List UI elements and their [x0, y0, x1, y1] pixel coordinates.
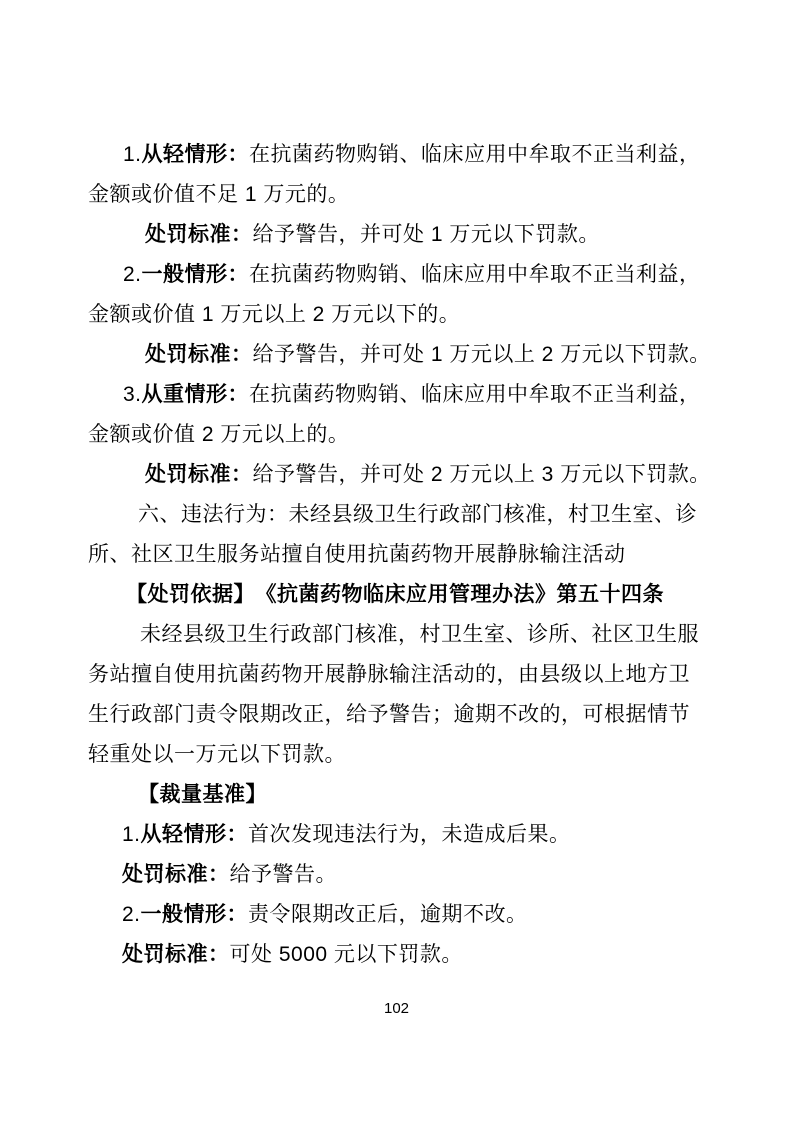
text-line: 1.从轻情形：首次发现违法行为，未造成后果。: [88, 815, 728, 855]
bold-text-run: 处罚标准：: [145, 463, 253, 486]
bold-text-run: 处罚标准：: [145, 223, 253, 246]
text-line: 轻重处以一万元以下罚款。: [88, 735, 728, 775]
text-run: 3.: [123, 383, 142, 406]
text-run: 在抗菌药物购销、临床应用中牟取不正当利益，: [249, 143, 701, 166]
text-run: 2.: [123, 263, 142, 286]
bold-text-run: 【处罚依据】: [126, 583, 245, 606]
document-page: 1.从轻情形：在抗菌药物购销、临床应用中牟取不正当利益，金额或价值不足 1 万元…: [0, 0, 793, 1122]
bold-text-run: 一般情形：: [141, 903, 249, 926]
text-run: 未经县级卫生行政部门核准，村卫生室、诊所、社区卫生服: [140, 623, 699, 646]
bold-text-run: 从轻情形：: [141, 823, 249, 846]
bold-text-run: 处罚标准：: [145, 343, 253, 366]
text-line: 处罚标准：给予警告，并可处 2 万元以上 3 万元以下罚款。: [88, 455, 728, 495]
text-run: 金额或价值 2 万元以上的。: [88, 423, 349, 446]
text-run: 在抗菌药物购销、临床应用中牟取不正当利益，: [249, 383, 701, 406]
text-line: 【处罚依据】 《抗菌药物临床应用管理办法》第五十四条: [88, 575, 728, 615]
text-line: 金额或价值不足 1 万元的。: [88, 175, 728, 215]
bold-text-run: 从重情形：: [142, 383, 250, 406]
text-run: 责令限期改正后，逾期不改。: [248, 903, 528, 926]
text-run: 金额或价值 1 万元以上 2 万元以下的。: [88, 303, 460, 326]
text-run: 给予警告。: [230, 863, 338, 886]
text-run: 首次发现违法行为，未造成后果。: [248, 823, 571, 846]
text-line: 2.一般情形：在抗菌药物购销、临床应用中牟取不正当利益，: [88, 255, 728, 295]
text-line: 未经县级卫生行政部门核准，村卫生室、诊所、社区卫生服: [88, 615, 728, 655]
text-run: 2.: [122, 903, 141, 926]
text-run: 轻重处以一万元以下罚款。: [88, 743, 346, 766]
text-run: 给予警告，并可处 2 万元以上 3 万元以下罚款。: [253, 463, 711, 486]
text-line: 处罚标准：给予警告，并可处 1 万元以上 2 万元以下罚款。: [88, 335, 728, 375]
text-line: 务站擅自使用抗菌药物开展静脉输注活动的，由县级以上地方卫: [88, 655, 728, 695]
text-line: 生行政部门责令限期改正，给予警告；逾期不改的，可根据情节: [88, 695, 728, 735]
text-run: 所、社区卫生服务站擅自使用抗菌药物开展静脉输注活动: [88, 543, 626, 566]
text-run: 给予警告，并可处 1 万元以上 2 万元以下罚款。: [253, 343, 711, 366]
text-line: 处罚标准：给予警告。: [88, 855, 728, 895]
text-line: 所、社区卫生服务站擅自使用抗菌药物开展静脉输注活动: [88, 535, 728, 575]
text-line: 2.一般情形：责令限期改正后，逾期不改。: [88, 895, 728, 935]
text-run: 1.: [123, 143, 142, 166]
bold-text-run: 从轻情形：: [142, 143, 250, 166]
text-line: 金额或价值 1 万元以上 2 万元以下的。: [88, 295, 728, 335]
text-line: 处罚标准：可处 5000 元以下罚款。: [88, 935, 728, 975]
text-run: 六、违法行为：未经县级卫生行政部门核准，村卫生室、诊: [138, 503, 697, 526]
page-number: 102: [0, 999, 793, 1019]
document-body: 1.从轻情形：在抗菌药物购销、临床应用中牟取不正当利益，金额或价值不足 1 万元…: [88, 135, 728, 975]
bold-text-run: [245, 583, 267, 606]
bold-text-run: 处罚标准：: [122, 863, 230, 886]
text-line: 3.从重情形：在抗菌药物购销、临床应用中牟取不正当利益，: [88, 375, 728, 415]
text-run: 给予警告，并可处 1 万元以下罚款。: [253, 223, 600, 246]
text-line: 金额或价值 2 万元以上的。: [88, 415, 728, 455]
bold-text-run: 一般情形：: [142, 263, 250, 286]
text-run: 生行政部门责令限期改正，给予警告；逾期不改的，可根据情节: [88, 703, 690, 726]
bold-text-run: 【裁量基准】: [138, 783, 267, 806]
text-run: 务站擅自使用抗菌药物开展静脉输注活动的，由县级以上地方卫: [88, 663, 690, 686]
text-line: 处罚标准：给予警告，并可处 1 万元以下罚款。: [88, 215, 728, 255]
text-run: 可处 5000 元以下罚款。: [230, 943, 463, 966]
text-line: 六、违法行为：未经县级卫生行政部门核准，村卫生室、诊: [88, 495, 728, 535]
text-run: 金额或价值不足 1 万元的。: [88, 183, 349, 206]
text-run: 1.: [122, 823, 141, 846]
text-run: 在抗菌药物购销、临床应用中牟取不正当利益，: [249, 263, 701, 286]
bold-text-run: 处罚标准：: [122, 943, 230, 966]
bold-text-run: 《抗菌药物临床应用管理办法》第五十四条: [266, 583, 664, 606]
text-line: 【裁量基准】: [88, 775, 728, 815]
text-line: 1.从轻情形：在抗菌药物购销、临床应用中牟取不正当利益，: [88, 135, 728, 175]
